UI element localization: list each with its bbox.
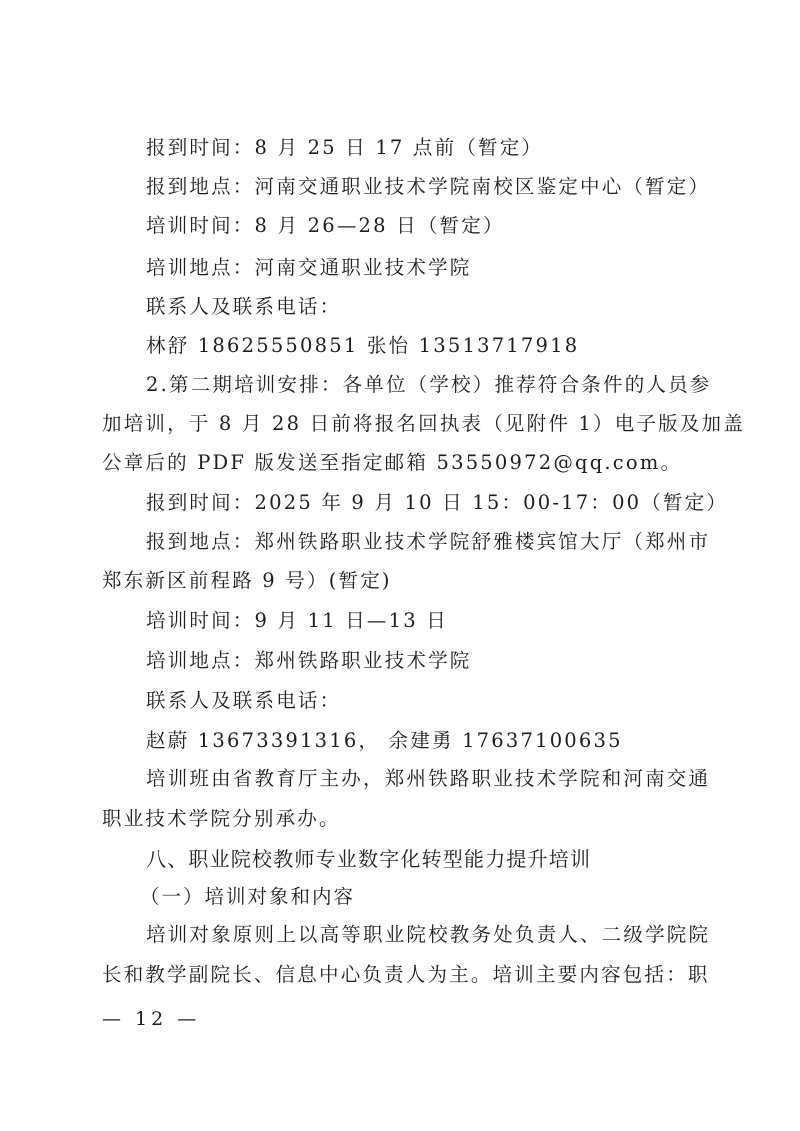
page-number: — 12 —: [102, 1008, 200, 1030]
second-session-paragraph-line-1: 2.第二期培训安排：各单位（学校）推荐符合条件的人员参: [146, 373, 712, 397]
registration-time-1: 报到时间：8 月 25 日 17 点前（暂定）: [146, 136, 543, 160]
document-page: 报到时间：8 月 25 日 17 点前（暂定） 报到地点：河南交通职业技术学院南…: [0, 0, 800, 1131]
contact-label-1: 联系人及联系电话：: [146, 295, 341, 319]
training-time-1: 培训时间：8 月 26—28 日（暂定）: [146, 214, 505, 238]
training-time-2: 培训时间：9 月 11 日—13 日: [146, 609, 448, 633]
organizer-paragraph-line-2: 职业技术学院分别承办。: [102, 807, 341, 831]
organizer-paragraph-line-1: 培训班由省教育厅主办，郑州铁路职业技术学院和河南交通: [146, 767, 710, 791]
section-heading-8: 八、职业院校教师专业数字化转型能力提升培训: [146, 847, 591, 871]
training-location-2: 培训地点：郑州铁路职业技术学院: [146, 649, 472, 673]
registration-location-2-line-1: 报到地点：郑州铁路职业技术学院舒雅楼宾馆大厅（郑州市: [146, 530, 710, 554]
registration-location-1: 报到地点：河南交通职业技术学院南校区鉴定中心（暂定）: [146, 175, 710, 199]
second-session-paragraph-line-3: 公章后的 PDF 版发送至指定邮箱 53550972@qq.com。: [102, 451, 682, 475]
contact-info-1: 林舒 18625550851 张怡 13513717918: [146, 334, 579, 358]
registration-time-2: 报到时间：2025 年 9 月 10 日 15：00-17：00（暂定）: [146, 491, 728, 515]
training-target-paragraph-line-1: 培训对象原则上以高等职业院校教务处负责人、二级学院院: [146, 923, 710, 947]
contact-label-2: 联系人及联系电话：: [146, 689, 341, 713]
training-location-1: 培训地点：河南交通职业技术学院: [146, 256, 472, 280]
second-session-paragraph-line-2: 加培训，于 8 月 28 日前将报名回执表（见附件 1）电子版及加盖: [102, 412, 745, 436]
registration-location-2-line-2: 郑东新区前程路 9 号）(暂定): [102, 569, 392, 593]
training-target-paragraph-line-2: 长和教学副院长、信息中心负责人为主。培训主要内容包括：职: [102, 963, 710, 987]
contact-info-2: 赵蔚 13673391316， 余建勇 17637100635: [146, 729, 623, 753]
subsection-heading-1: （一）培训对象和内容: [140, 885, 355, 909]
